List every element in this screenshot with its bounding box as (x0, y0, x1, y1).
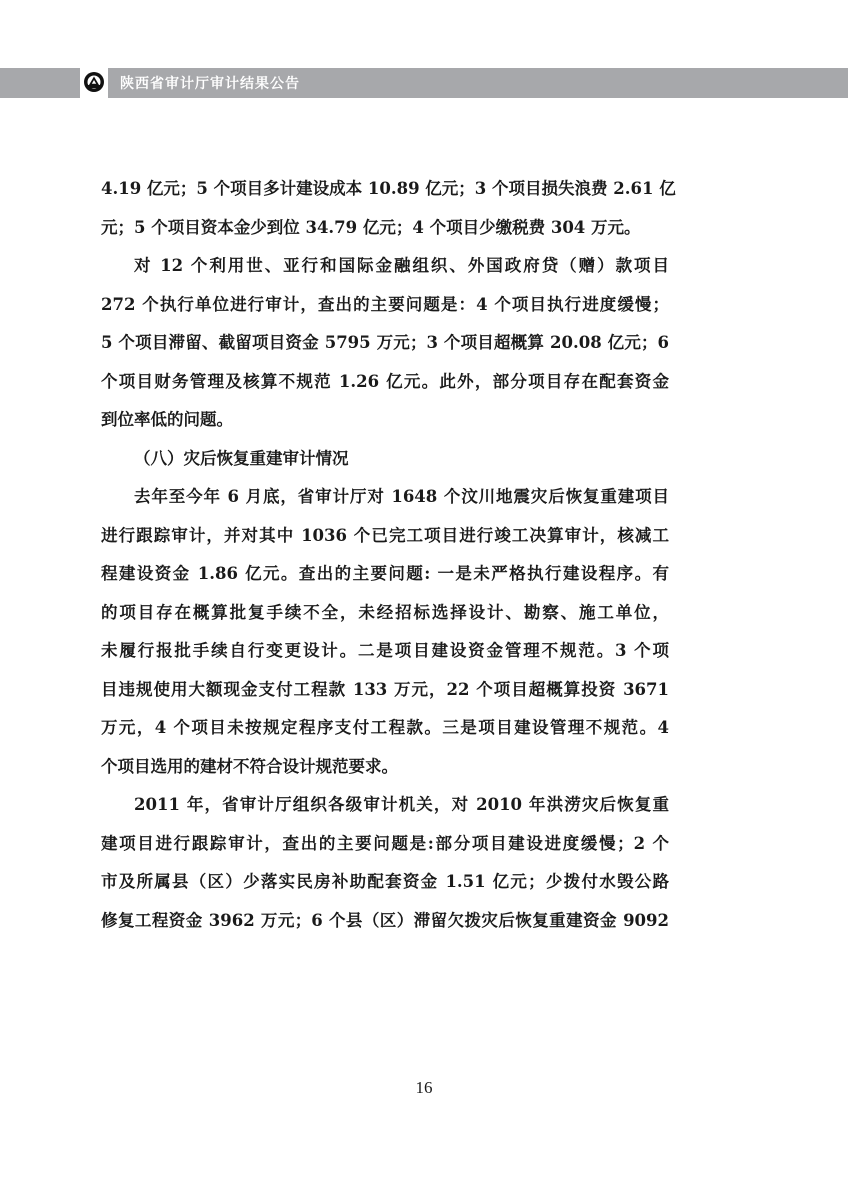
text-line: 修复工程资金 3962 万元；6 个县（区）滞留欠拨灾后恢复重建资金 9092 (101, 902, 669, 941)
text-line: 进行跟踪审计，并对其中 1036 个已完工项目进行竣工决算审计，核减工 (101, 517, 669, 556)
paragraph: 4.19 亿元；5 个项目多计建设成本 10.89 亿元；3 个项目损失浪费 2… (101, 170, 669, 247)
header-bar-left (0, 68, 80, 98)
text-line: 目违规使用大额现金支付工程款 133 万元，22 个项目超概算投资 3671 (101, 671, 669, 710)
text-line: 程建设资金 1.86 亿元。查出的主要问题: 一是未严格执行建设程序。有 (101, 555, 669, 594)
text-line: 个项目财务管理及核算不规范 1.26 亿元。此外，部分项目存在配套资金 (101, 363, 669, 402)
text-line: 未履行报批手续自行变更设计。二是项目建设资金管理不规范。3 个项 (101, 632, 669, 671)
header-title: 陕西省审计厅审计结果公告 (120, 73, 300, 93)
section-heading: （八）灾后恢复重建审计情况 (101, 440, 669, 479)
text-line: 万元，4 个项目未按规定程序支付工程款。三是项目建设管理不规范。4 (101, 709, 669, 748)
paragraph: 对 12 个利用世、亚行和国际金融组织、外国政府贷（赠）款项目 272 个执行单… (101, 247, 669, 440)
text-line: 2011 年，省审计厅组织各级审计机关，对 2010 年洪涝灾后恢复重 (101, 786, 669, 825)
text-line: 272 个执行单位进行审计，查出的主要问题是：4 个项目执行进度缓慢； (101, 286, 669, 325)
text-line: 5 个项目滞留、截留项目资金 5795 万元；3 个项目超概算 20.08 亿元… (101, 324, 669, 363)
text-line: 的项目存在概算批复手续不全，未经招标选择设计、勘察、施工单位， (101, 594, 669, 633)
paragraph: 去年至今年 6 月底，省审计厅对 1648 个汶川地震灾后恢复重建项目 进行跟踪… (101, 478, 669, 786)
page-number: 16 (0, 1078, 848, 1098)
text-line: 个项目选用的建材不符合设计规范要求。 (101, 748, 669, 787)
text-line: 去年至今年 6 月底，省审计厅对 1648 个汶川地震灾后恢复重建项目 (101, 478, 669, 517)
text-line: 元；5 个项目资本金少到位 34.79 亿元；4 个项目少缴税费 304 万元。 (101, 209, 669, 248)
document-header: 陕西省审计厅审计结果公告 (0, 68, 848, 98)
text-line: 到位率低的问题。 (101, 401, 669, 440)
document-body: 4.19 亿元；5 个项目多计建设成本 10.89 亿元；3 个项目损失浪费 2… (101, 170, 669, 940)
text-line: 对 12 个利用世、亚行和国际金融组织、外国政府贷（赠）款项目 (101, 247, 669, 286)
text-line: 建项目进行跟踪审计，查出的主要问题是:部分项目建设进度缓慢；2 个 (101, 825, 669, 864)
audit-emblem-icon (83, 71, 105, 93)
text-line: 4.19 亿元；5 个项目多计建设成本 10.89 亿元；3 个项目损失浪费 2… (101, 170, 669, 209)
paragraph: 2011 年，省审计厅组织各级审计机关，对 2010 年洪涝灾后恢复重 建项目进… (101, 786, 669, 940)
text-line: 市及所属县（区）少落实民房补助配套资金 1.51 亿元；少拨付水毁公路 (101, 863, 669, 902)
